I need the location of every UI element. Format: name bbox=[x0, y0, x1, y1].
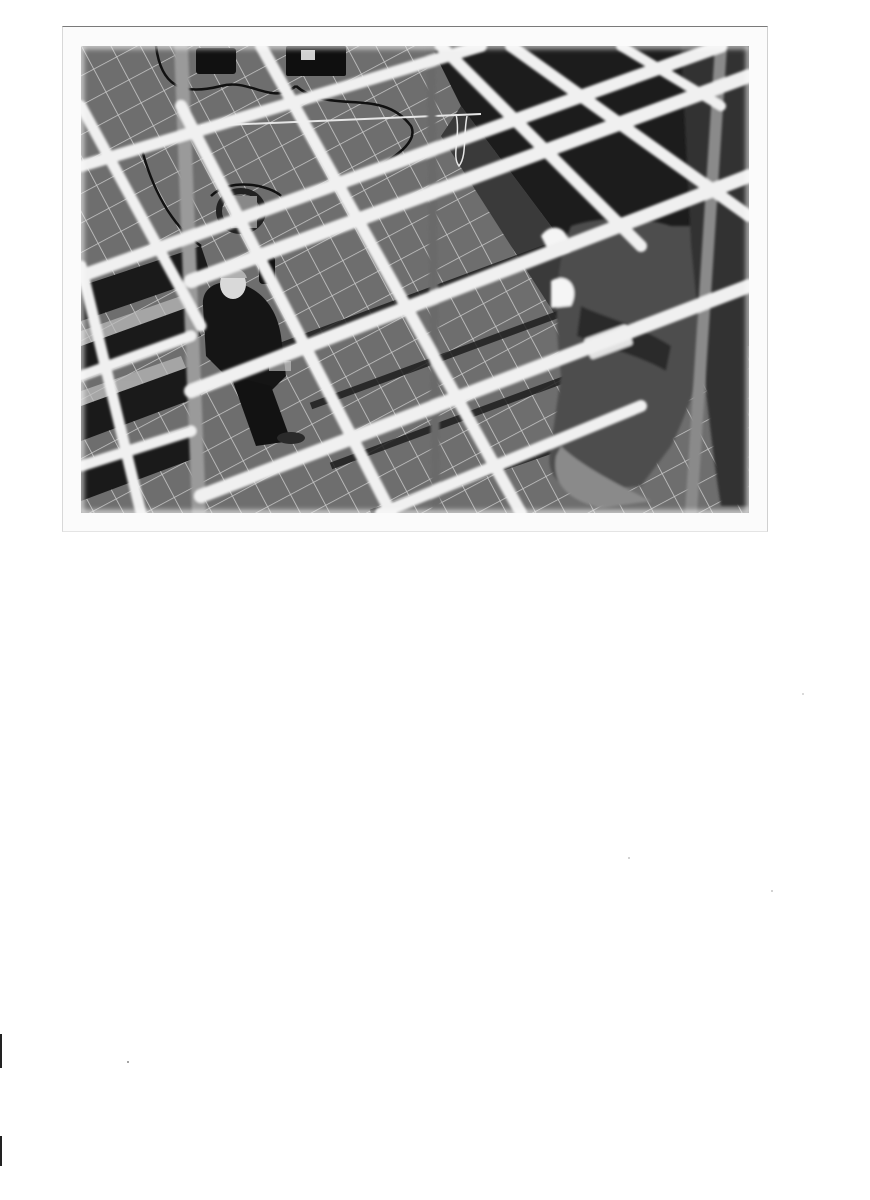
photograph bbox=[81, 46, 749, 513]
dust-speck bbox=[628, 857, 630, 859]
dust-speck bbox=[127, 1061, 129, 1063]
scan-edge-mark bbox=[0, 1136, 2, 1166]
photo-print bbox=[62, 26, 768, 532]
dust-speck bbox=[771, 890, 773, 892]
scan-edge-mark bbox=[0, 1034, 2, 1068]
dust-speck bbox=[802, 693, 804, 695]
photo-scene bbox=[81, 46, 749, 513]
